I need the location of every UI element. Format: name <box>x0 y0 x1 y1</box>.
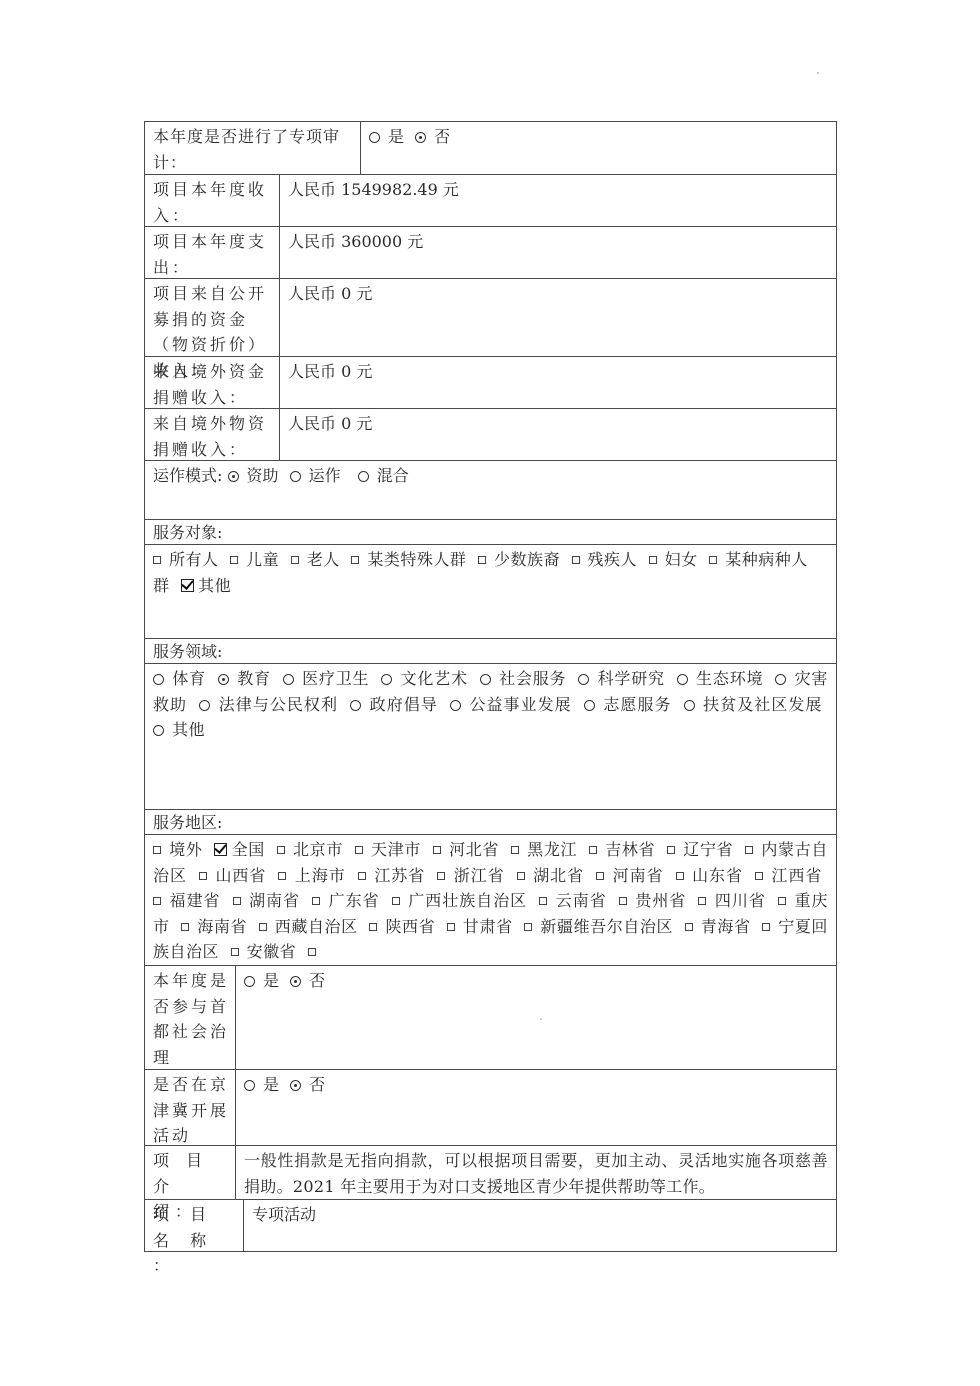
service-region-option[interactable]: 湖南省 <box>233 891 300 910</box>
service-region-option[interactable]: 四川省 <box>698 891 765 910</box>
checkbox-icon <box>291 556 299 564</box>
service-target-option[interactable]: 少数族裔 <box>478 550 560 569</box>
service-region-option[interactable]: 广东省 <box>312 891 379 910</box>
checkbox-icon <box>355 846 363 854</box>
checkbox-icon <box>478 556 486 564</box>
checkbox-icon <box>358 872 366 880</box>
service-field-option[interactable]: 医疗卫生 <box>283 669 370 688</box>
row-service-fields: 体育 教育 医疗卫生 文化艺术 社会服务 科学研究 生态环境 灾害救助 法律与公… <box>145 663 836 809</box>
project-intro-value: 一般性捐款是无指向捐款，可以根据项目需要，更加主动、灵活地实施各项慈善捐助。20… <box>236 1146 836 1199</box>
jingjinji-option-no[interactable]: 否 <box>290 1075 325 1094</box>
service-region-option[interactable]: 山东省 <box>676 866 743 885</box>
service-region-option[interactable] <box>308 942 324 961</box>
service-target-option[interactable]: 老人 <box>291 550 340 569</box>
checkbox-icon <box>308 948 316 956</box>
row-project-name: 项 目 名 称 ： 专项活动 <box>145 1199 836 1251</box>
row-public-fundraising: 项目来自公开募捐的资金（物资折价）收入： 人民币 0 元 <box>145 278 836 356</box>
service-target-option[interactable]: 其他 <box>181 576 231 595</box>
checkbox-icon <box>745 846 753 854</box>
checkbox-icon <box>230 556 238 564</box>
radio-icon <box>480 674 491 685</box>
foreign-funds-label: 来自境外资金捐赠收入： <box>145 357 280 408</box>
radio-icon <box>283 674 294 685</box>
row-jingjinji: 是否在京津冀开展活动 是 否 <box>145 1069 836 1145</box>
service-field-option[interactable]: 社会服务 <box>480 669 567 688</box>
radio-icon <box>358 471 369 482</box>
service-targets-label: 服务对象: <box>145 520 836 544</box>
row-operation-mode: 运作模式: 资助 运作 混合 <box>145 460 836 519</box>
checkbox-icon <box>153 846 161 854</box>
service-region-option[interactable]: 浙江省 <box>437 866 504 885</box>
radio-selected-icon <box>218 674 229 685</box>
radio-icon <box>677 674 688 685</box>
row-special-audit: 本年度是否进行了专项审计： 是 否 <box>145 122 836 174</box>
service-target-option[interactable]: 残疾人 <box>572 550 638 569</box>
operation-mode-option-mixed[interactable]: 混合 <box>358 466 409 485</box>
service-field-option[interactable]: 科学研究 <box>578 669 665 688</box>
service-fields-label: 服务领域: <box>145 639 836 663</box>
service-region-option[interactable]: 北京市 <box>277 840 343 859</box>
row-income: 项目本年度收入： 人民币 1549982.49 元 <box>145 174 836 226</box>
project-name-value: 专项活动 <box>244 1200 836 1251</box>
checkbox-icon <box>589 846 597 854</box>
service-field-option[interactable]: 生态环境 <box>677 669 764 688</box>
service-region-option[interactable]: 河南省 <box>596 866 663 885</box>
row-service-regions: 境外 全国 北京市 天津市 河北省 黑龙江 吉林省 辽宁省 内蒙古自治区 山西省… <box>145 834 836 965</box>
checkbox-icon <box>676 872 684 880</box>
checkbox-icon <box>572 556 580 564</box>
service-field-option[interactable]: 文化艺术 <box>381 669 468 688</box>
jingjinji-label: 是否在京津冀开展活动 <box>145 1070 236 1145</box>
service-region-option[interactable]: 江苏省 <box>358 866 425 885</box>
checkbox-icon <box>685 923 693 931</box>
radio-icon <box>381 674 392 685</box>
public-fundraising-label: 项目来自公开募捐的资金（物资折价）收入： <box>145 279 280 356</box>
checkbox-icon <box>755 872 763 880</box>
operation-mode: 运作模式: 资助 运作 混合 <box>145 461 836 519</box>
checkbox-icon <box>199 872 207 880</box>
capital-governance-options: 是 否 <box>236 966 836 1069</box>
service-fields-options: 体育 教育 医疗卫生 文化艺术 社会服务 科学研究 生态环境 灾害救助 法律与公… <box>145 664 836 809</box>
checkbox-icon <box>433 846 441 854</box>
service-field-option[interactable]: 志愿服务 <box>584 695 672 714</box>
service-target-option[interactable]: 所有人 <box>153 550 219 569</box>
service-region-option[interactable]: 全国 <box>214 840 265 859</box>
checkbox-icon <box>153 897 161 905</box>
project-intro-label: 项 目 介 绍： <box>145 1146 236 1199</box>
service-region-option[interactable]: 江西省 <box>755 866 822 885</box>
checkbox-icon <box>698 897 706 905</box>
radio-icon <box>775 674 786 685</box>
radio-icon <box>244 1080 255 1091</box>
service-field-option[interactable]: 法律与公民权利 <box>199 695 338 714</box>
service-region-option[interactable]: 新疆维吾尔自治区 <box>524 917 673 936</box>
foreign-funds-value: 人民币 0 元 <box>280 357 836 408</box>
checkbox-icon <box>517 872 525 880</box>
income-value: 人民币 1549982.49 元 <box>280 175 836 226</box>
checkbox-icon <box>539 897 547 905</box>
capital-governance-option-yes[interactable]: 是 <box>244 971 279 990</box>
row-foreign-goods: 来自境外物资捐赠收入： 人民币 0 元 <box>145 408 836 460</box>
row-service-targets: 所有人 儿童 老人 某类特殊人群 少数族裔 残疾人 妇女 某种病种人群 其他 <box>145 544 836 638</box>
service-region-option[interactable]: 甘肃省 <box>447 917 513 936</box>
audit-option-yes[interactable]: 是 <box>369 127 404 146</box>
service-field-option[interactable]: 公益事业发展 <box>450 695 572 714</box>
foreign-goods-label: 来自境外物资捐赠收入： <box>145 409 280 460</box>
radio-icon <box>290 471 301 482</box>
row-service-regions-header: 服务地区: <box>145 809 836 834</box>
row-capital-governance: 本年度是否参与首都社会治理 是 否 <box>145 965 836 1069</box>
checkbox-icon <box>231 948 239 956</box>
document-page: 本年度是否进行了专项审计： 是 否 项目本年度收入： 人民币 1549982.4… <box>0 0 980 1386</box>
service-field-option[interactable]: 扶贫及社区发展 <box>684 695 822 714</box>
checkbox-icon <box>233 897 241 905</box>
checkbox-icon <box>619 897 627 905</box>
checkbox-icon <box>709 556 717 564</box>
service-region-option[interactable]: 西藏自治区 <box>259 917 358 936</box>
checkbox-icon <box>278 872 286 880</box>
service-region-option[interactable]: 天津市 <box>355 840 421 859</box>
checkbox-icon <box>181 923 189 931</box>
radio-selected-icon <box>290 1080 301 1091</box>
jingjinji-option-yes[interactable]: 是 <box>244 1075 279 1094</box>
radio-selected-icon <box>228 471 239 482</box>
checkbox-icon <box>277 846 285 854</box>
audit-option-no[interactable]: 否 <box>415 127 450 146</box>
public-fundraising-value: 人民币 0 元 <box>280 279 836 356</box>
checkbox-icon <box>762 923 770 931</box>
service-region-option[interactable]: 陕西省 <box>369 917 435 936</box>
operation-mode-option-operating[interactable]: 运作 <box>290 466 341 485</box>
service-target-option[interactable]: 儿童 <box>230 550 279 569</box>
operation-mode-option-funding[interactable]: 资助 <box>228 466 279 485</box>
radio-icon <box>153 674 164 685</box>
service-field-option[interactable]: 体育 <box>153 669 206 688</box>
jingjinji-options: 是 否 <box>236 1070 836 1145</box>
service-regions-label: 服务地区: <box>145 810 836 834</box>
service-region-option[interactable]: 上海市 <box>278 866 345 885</box>
project-name-label: 项 目 名 称 ： <box>145 1200 244 1251</box>
radio-icon <box>578 674 589 685</box>
foreign-goods-value: 人民币 0 元 <box>280 409 836 460</box>
checkbox-icon <box>778 897 786 905</box>
radio-icon <box>350 700 361 711</box>
expense-value: 人民币 360000 元 <box>280 227 836 278</box>
checkbox-icon <box>351 556 359 564</box>
checkbox-icon <box>392 897 400 905</box>
service-field-option[interactable]: 教育 <box>218 669 271 688</box>
audit-label: 本年度是否进行了专项审计： <box>145 122 361 174</box>
service-region-option[interactable]: 海南省 <box>181 917 247 936</box>
service-region-option[interactable]: 贵州省 <box>619 891 686 910</box>
radio-icon <box>244 976 255 987</box>
capital-governance-option-no[interactable]: 否 <box>290 971 325 990</box>
row-service-targets-header: 服务对象: <box>145 519 836 544</box>
checkbox-icon <box>437 872 445 880</box>
service-field-option[interactable]: 其他 <box>153 720 205 739</box>
checkbox-icon <box>259 923 267 931</box>
service-target-option[interactable]: 某类特殊人群 <box>351 550 466 569</box>
operation-mode-label: 运作模式: <box>153 466 222 485</box>
service-region-option[interactable]: 辽宁省 <box>667 840 733 859</box>
radio-icon <box>199 700 210 711</box>
audit-options: 是 否 <box>361 122 836 174</box>
checkbox-checked-icon <box>214 843 227 856</box>
service-targets-options: 所有人 儿童 老人 某类特殊人群 少数族裔 残疾人 妇女 某种病种人群 其他 <box>145 545 836 638</box>
service-region-option[interactable]: 安徽省 <box>231 942 297 961</box>
project-info-table: 本年度是否进行了专项审计： 是 否 项目本年度收入： 人民币 1549982.4… <box>144 121 837 1252</box>
service-region-option[interactable]: 黑龙江 <box>511 840 577 859</box>
scan-speck <box>817 72 819 74</box>
checkbox-icon <box>524 923 532 931</box>
checkbox-icon <box>312 897 320 905</box>
service-regions-options: 境外 全国 北京市 天津市 河北省 黑龙江 吉林省 辽宁省 内蒙古自治区 山西省… <box>145 835 836 965</box>
service-region-option[interactable]: 广西壮族自治区 <box>392 891 527 910</box>
checkbox-icon <box>649 556 657 564</box>
service-region-option[interactable]: 湖北省 <box>517 866 584 885</box>
service-region-option[interactable]: 吉林省 <box>589 840 655 859</box>
service-region-option[interactable]: 境外 <box>153 840 203 859</box>
checkbox-icon <box>596 872 604 880</box>
income-label: 项目本年度收入： <box>145 175 280 226</box>
radio-icon <box>450 700 461 711</box>
service-target-option[interactable]: 妇女 <box>649 550 698 569</box>
service-field-option[interactable]: 政府倡导 <box>350 695 438 714</box>
row-service-fields-header: 服务领域: <box>145 638 836 663</box>
radio-icon <box>153 725 164 736</box>
row-expense: 项目本年度支出： 人民币 360000 元 <box>145 226 836 278</box>
checkbox-icon <box>667 846 675 854</box>
row-foreign-funds: 来自境外资金捐赠收入： 人民币 0 元 <box>145 356 836 408</box>
service-region-option[interactable]: 河北省 <box>433 840 499 859</box>
checkbox-checked-icon <box>181 579 194 592</box>
service-region-option[interactable]: 云南省 <box>539 891 606 910</box>
radio-selected-icon <box>415 132 426 143</box>
checkbox-icon <box>511 846 519 854</box>
checkbox-icon <box>369 923 377 931</box>
service-region-option[interactable]: 山西省 <box>199 866 266 885</box>
expense-label: 项目本年度支出： <box>145 227 280 278</box>
service-region-option[interactable]: 青海省 <box>685 917 751 936</box>
radio-icon <box>584 700 595 711</box>
scan-speck <box>540 1018 542 1020</box>
radio-icon <box>369 132 380 143</box>
checkbox-icon <box>447 923 455 931</box>
service-region-option[interactable]: 福建省 <box>153 891 220 910</box>
checkbox-icon <box>153 556 161 564</box>
radio-selected-icon <box>290 976 301 987</box>
radio-icon <box>684 700 695 711</box>
row-project-intro: 项 目 介 绍： 一般性捐款是无指向捐款，可以根据项目需要，更加主动、灵活地实施… <box>145 1145 836 1199</box>
capital-governance-label: 本年度是否参与首都社会治理 <box>145 966 236 1069</box>
